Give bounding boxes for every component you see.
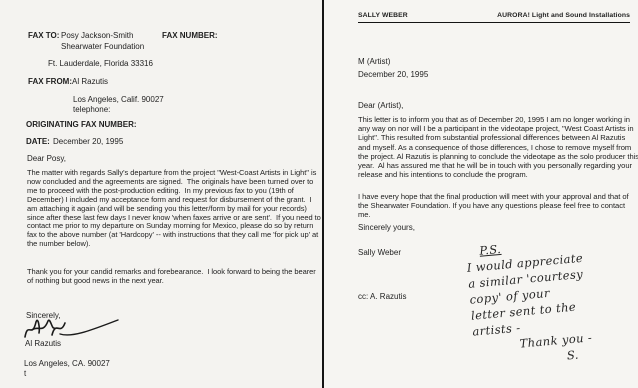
handwritten-ps-note: P.S. I would appreciate a similar 'court… xyxy=(465,228,638,371)
fax-number-label: FAX NUMBER: xyxy=(162,31,218,40)
handwritten-signature-icon xyxy=(18,313,122,341)
date-label: DATE: xyxy=(26,137,50,146)
letterhead-rule: SALLY WEBER AURORA! Light and Sound Inst… xyxy=(358,12,630,23)
originating-fax-label: ORIGINATING FAX NUMBER: xyxy=(26,120,137,129)
fax-to-city: Ft. Lauderdale, Florida 33316 xyxy=(48,59,153,68)
salutation: Dear Posy, xyxy=(27,154,66,163)
date-value: December 20, 1995 xyxy=(53,137,123,146)
letter-page-sally-weber: SALLY WEBER AURORA! Light and Sound Inst… xyxy=(324,0,638,388)
fax-to-org: Shearwater Foundation xyxy=(61,42,144,51)
fax-from-name: Al Razutis xyxy=(72,77,108,86)
body-paragraph-2: I have every hope that the final product… xyxy=(358,192,638,220)
recipient-line: M (Artist) xyxy=(358,57,390,66)
fax-from-phone: telephone: xyxy=(73,105,110,114)
closing: Sincerely yours, xyxy=(358,223,415,232)
signature-name: Sally Weber xyxy=(358,248,401,257)
letter-date: December 20, 1995 xyxy=(358,70,428,79)
fax-to-name: Posy Jackson-Smith xyxy=(61,31,133,40)
letterhead-name: SALLY WEBER xyxy=(358,12,408,19)
letterhead-tagline: AURORA! Light and Sound Installations xyxy=(497,12,630,19)
signature-name: Al Razutis xyxy=(25,339,61,348)
fax-from-city: Los Angeles, Calif. 90027 xyxy=(73,95,164,104)
body-paragraph-1: The matter with regards Sally's departur… xyxy=(27,169,322,249)
body-paragraph-1: This letter is to inform you that as of … xyxy=(358,115,638,179)
fax-page-al-razutis: FAX TO: Posy Jackson-Smith FAX NUMBER: S… xyxy=(0,0,322,388)
body-paragraph-2: Thank you for your candid remarks and fo… xyxy=(27,268,322,286)
fax-from-label: FAX FROM: xyxy=(28,77,72,86)
scanned-correspondence: FAX TO: Posy Jackson-Smith FAX NUMBER: S… xyxy=(0,0,638,388)
signature-cutoff: t xyxy=(24,369,26,378)
cc-line: cc: A. Razutis xyxy=(358,292,406,301)
salutation: Dear (Artist), xyxy=(358,101,403,110)
signature-city: Los Angeles, CA. 90027 xyxy=(24,359,110,368)
fax-to-label: FAX TO: xyxy=(28,31,59,40)
